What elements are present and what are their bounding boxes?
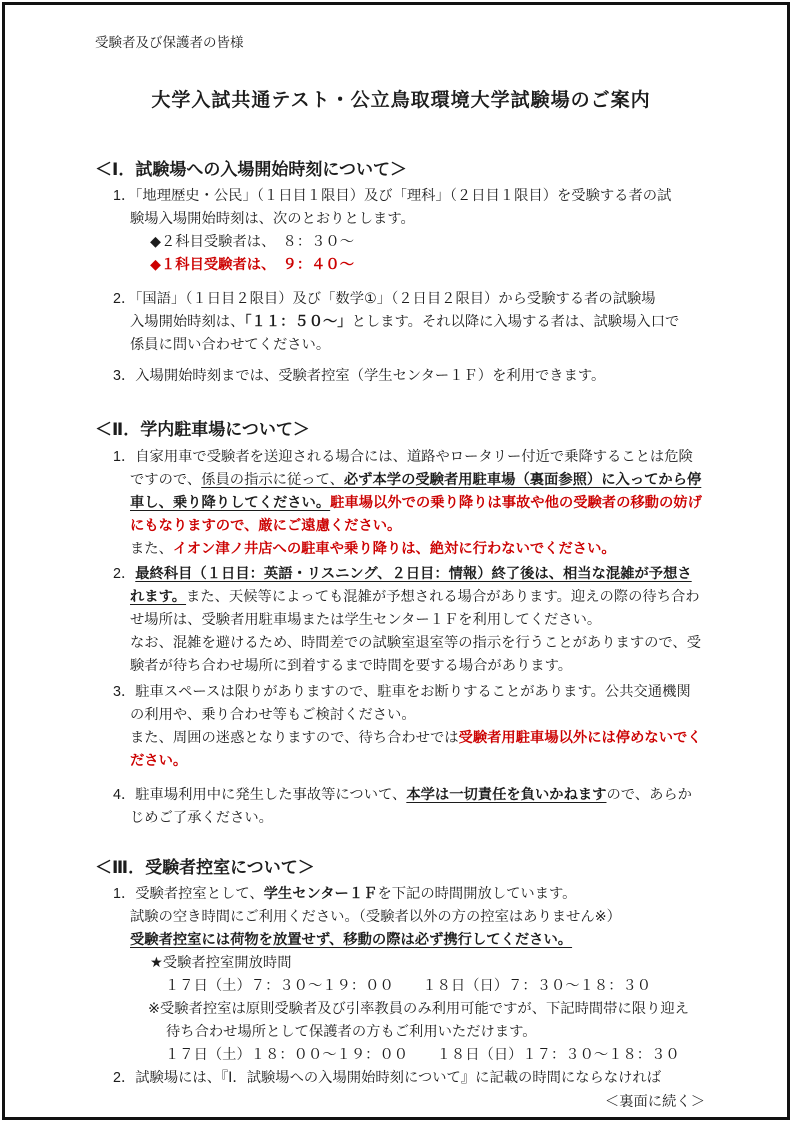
text-segment: 2．「国語」（１日目２限目）及び「数学①」（２日目２限目）から受験する者の試験場 (113, 291, 656, 307)
text-segment: 2．試験場には、『Ⅰ．試験場への入場開始時刻について』に記載の時間にならなければ (113, 1070, 661, 1086)
text-segment: 験者が待ち合わせ場所に到着するまで時間を要する場合があります。 (130, 658, 572, 674)
text-segment: を下記の時間開放しています。 (377, 886, 576, 902)
text-segment: せ場所は、受験者用駐車場または学生センター１Ｆを利用してください。 (130, 612, 601, 628)
doc-line: 1．自家用車で受験者を送迎される場合には、道路やロータリー付近で乗降することは危… (95, 446, 707, 469)
list-item: 4．駐車場利用中に発生した事故等について、本学は一切責任を負いかねますので、あら… (95, 784, 707, 830)
text-segment: 必ず本学の受験者用駐車場（裏面参照）に入ってから停 (344, 472, 701, 488)
doc-line: 1．「地理歴史・公民」（１日目１限目）及び「理科」（２日目１限目）を受験する者の… (95, 185, 707, 208)
doc-line: 2．「国語」（１日目２限目）及び「数学①」（２日目２限目）から受験する者の試験場 (95, 288, 707, 311)
text-segment: 1．自家用車で受験者を送迎される場合には、道路やロータリー付近で乗降することは危… (113, 449, 693, 465)
text-segment: 4．駐車場利用中に発生した事故等について、 (113, 787, 406, 803)
list-item: 1．自家用車で受験者を送迎される場合には、道路やロータリー付近で乗降することは危… (95, 446, 707, 561)
text-segment: 「１１：５０～」 (244, 314, 351, 330)
text-segment: ◆１科目受験者は、 ９：４０～ (150, 257, 354, 273)
text-segment: また、周囲の迷惑となりますので、待ち合わせでは (130, 730, 459, 746)
doc-line: １７日（土）７：３０～１９：００ １８日（日）７：３０～１８：３０ (95, 975, 707, 998)
doc-line: ですので、係員の指示に従って、必ず本学の受験者用駐車場（裏面参照）に入ってから停 (95, 469, 707, 492)
text-segment: 学生センター１Ｆ (264, 886, 378, 902)
doc-line: 2．試験場には、『Ⅰ．試験場への入場開始時刻について』に記載の時間にならなければ (95, 1067, 707, 1090)
doc-line: せ場所は、受験者用駐車場または学生センター１Ｆを利用してください。 (95, 609, 707, 632)
text-segment: 係員の指示に従って、 (201, 472, 344, 488)
doc-line: 係員に問い合わせてください。 (95, 334, 707, 357)
doc-line: ださい。 (95, 750, 707, 773)
text-segment: ◆２科目受験者は、 ８：３０～ (150, 234, 354, 250)
doc-line: ※受験者控室は原則受験者及び引率教員のみ利用可能ですが、下記時間帯に限り迎え (95, 998, 707, 1021)
text-segment: ※受験者控室は原則受験者及び引率教員のみ利用可能ですが、下記時間帯に限り迎え (148, 1001, 689, 1017)
document-page: 受験者及び保護者の皆様 大学入試共通テスト・公立鳥取環境大学試験場のご案内 ＜Ⅰ… (0, 0, 795, 1125)
footer-note: ＜裏面に続く＞ (95, 1091, 707, 1114)
text-segment: 1．「地理歴史・公民」（１日目１限目）及び「理科」（２日目１限目）を受験する者の… (113, 188, 671, 204)
doc-line: ◆１科目受験者は、 ９：４０～ (95, 254, 707, 277)
text-segment: れます。 (130, 589, 186, 605)
list-item: 3．駐車スペースは限りがありますので、駐車をお断りすることがあります。公共交通機… (95, 681, 707, 773)
doc-line: にもなりますので、厳にご遠慮ください。 (95, 515, 707, 538)
text-segment: また、天候等によっても混雑が予想される場合があります。迎えの際の待ち合わ (186, 589, 700, 605)
text-segment: また、 (130, 541, 173, 557)
page-content: 受験者及び保護者の皆様 大学入試共通テスト・公立鳥取環境大学試験場のご案内 ＜Ⅰ… (95, 0, 707, 1114)
text-segment: にもなりますので、厳にご遠慮ください。 (130, 518, 401, 534)
section-I: ＜Ⅰ．試験場への入場開始時刻について＞1．「地理歴史・公民」（１日目１限目）及び… (95, 158, 707, 388)
section-III: ＜Ⅲ．受験者控室について＞1．受験者控室として、学生センター１Ｆを下記の時間開放… (95, 856, 707, 1090)
text-segment: 受験者用駐車場以外には停めないでく (459, 730, 702, 746)
doc-line: ◆２科目受験者は、 ８：３０～ (95, 231, 707, 254)
doc-line: また、イオン津ノ井店への駐車や乗り降りは、絶対に行わないでください。 (95, 538, 707, 561)
text-segment: イオン津ノ井店への駐車や乗り降りは、絶対に行わないでください。 (173, 541, 616, 557)
doc-line: また、周囲の迷惑となりますので、待ち合わせでは受験者用駐車場以外には停めないでく (95, 727, 707, 750)
doc-line: れます。また、天候等によっても混雑が予想される場合があります。迎えの際の待ち合わ (95, 586, 707, 609)
list-item: 2．最終科目（１日目：英語・リスニング、２日目：情報）終了後は、相当な混雑が予想… (95, 563, 707, 678)
doc-line: の利用や、乗り合わせ等もご検討ください。 (95, 704, 707, 727)
salutation: 受験者及び保護者の皆様 (95, 34, 707, 52)
text-segment: 入場開始時刻は、 (130, 314, 244, 330)
doc-line: 受験者控室には荷物を放置せず、移動の際は必ず携行してください。 (95, 929, 707, 952)
list-item: 1．受験者控室として、学生センター１Ｆを下記の時間開放しています。試験の空き時間… (95, 883, 707, 1067)
text-segment: １７日（土）１８：００～１９：００ １８日（日）１７：３０～１８：３０ (165, 1047, 680, 1063)
section-heading-III: ＜Ⅲ．受験者控室について＞ (95, 856, 707, 880)
text-segment: 車し、乗り降りしてください。 (130, 495, 330, 511)
list-item: 1．「地理歴史・公民」（１日目１限目）及び「理科」（２日目１限目）を受験する者の… (95, 185, 707, 277)
text-segment: 本学は一切責任を負いかねます (406, 787, 606, 803)
list-item: 3．入場開始時刻までは、受験者控室（学生センター１Ｆ）を利用できます。 (95, 365, 707, 388)
doc-line: 入場開始時刻は、「１１：５０～」とします。それ以降に入場する者は、試験場入口で (95, 311, 707, 334)
text-segment: ですので、 (130, 472, 201, 488)
text-segment: 2． (113, 566, 135, 582)
text-segment: 1．受験者控室として、 (113, 886, 264, 902)
doc-line: 2．最終科目（１日目：英語・リスニング、２日目：情報）終了後は、相当な混雑が予想… (95, 563, 707, 586)
text-segment: 3．駐車スペースは限りがありますので、駐車をお断りすることがあります。公共交通機… (113, 684, 691, 700)
text-segment: ださい。 (130, 753, 187, 769)
text-segment: ので、あらか (606, 787, 692, 803)
text-segment: の利用や、乗り合わせ等もご検討ください。 (130, 707, 416, 723)
doc-line: 車し、乗り降りしてください。駐車場以外での乗り降りは事故や他の受験者の移動の妨げ (95, 492, 707, 515)
text-segment: とします。それ以降に入場する者は、試験場入口で (352, 314, 680, 330)
doc-line: 験者が待ち合わせ場所に到着するまで時間を要する場合があります。 (95, 655, 707, 678)
doc-line: 1．受験者控室として、学生センター１Ｆを下記の時間開放しています。 (95, 883, 707, 906)
text-segment: 待ち合わせ場所として保護者の方もご利用いただけます。 (166, 1024, 537, 1040)
text-segment: 受験者控室には荷物を放置せず、移動の際は必ず携行してください。 (130, 932, 572, 948)
text-segment: 試験の空き時間にご利用ください。（受験者以外の方の控室はありません※） (130, 909, 621, 925)
doc-line: 3．入場開始時刻までは、受験者控室（学生センター１Ｆ）を利用できます。 (95, 365, 707, 388)
doc-line: 待ち合わせ場所として保護者の方もご利用いただけます。 (95, 1021, 707, 1044)
page-title: 大学入試共通テスト・公立鳥取環境大学試験場のご案内 (95, 88, 707, 114)
doc-line: 試験の空き時間にご利用ください。（受験者以外の方の控室はありません※） (95, 906, 707, 929)
doc-line: 3．駐車スペースは限りがありますので、駐車をお断りすることがあります。公共交通機… (95, 681, 707, 704)
text-segment: 3．入場開始時刻までは、受験者控室（学生センター１Ｆ）を利用できます。 (113, 368, 605, 384)
text-segment: なお、混雑を避けるため、時間差での試験室退室等の指示を行うことがありますので、受 (130, 635, 701, 651)
section-heading-I: ＜Ⅰ．試験場への入場開始時刻について＞ (95, 158, 707, 182)
text-segment: 駐車場以外での乗り降りは事故や他の受験者の移動の妨げ (330, 495, 702, 511)
doc-line: 験場入場開始時刻は、次のとおりとします。 (95, 208, 707, 231)
doc-line: なお、混雑を避けるため、時間差での試験室退室等の指示を行うことがありますので、受 (95, 632, 707, 655)
doc-sections: ＜Ⅰ．試験場への入場開始時刻について＞1．「地理歴史・公民」（１日目１限目）及び… (95, 158, 707, 1090)
text-segment: 験場入場開始時刻は、次のとおりとします。 (130, 211, 415, 227)
text-segment: 係員に問い合わせてください。 (130, 337, 330, 353)
text-segment: １７日（土）７：３０～１９：００ １８日（日）７：３０～１８：３０ (165, 978, 651, 994)
list-item: 2．試験場には、『Ⅰ．試験場への入場開始時刻について』に記載の時間にならなければ (95, 1067, 707, 1090)
section-heading-II: ＜Ⅱ．学内駐車場について＞ (95, 418, 707, 442)
doc-line: 4．駐車場利用中に発生した事故等について、本学は一切責任を負いかねますので、あら… (95, 784, 707, 807)
doc-line: じめご了承ください。 (95, 807, 707, 830)
text-segment: ★受験者控室開放時間 (150, 955, 292, 971)
text-segment: じめご了承ください。 (130, 810, 273, 826)
doc-line: １７日（土）１８：００～１９：００ １８日（日）１７：３０～１８：３０ (95, 1044, 707, 1067)
list-item: 2．「国語」（１日目２限目）及び「数学①」（２日目２限目）から受験する者の試験場… (95, 288, 707, 357)
section-II: ＜Ⅱ．学内駐車場について＞1．自家用車で受験者を送迎される場合には、道路やロータ… (95, 418, 707, 830)
text-segment: 最終科目（１日目：英語・リスニング、２日目：情報）終了後は、相当な混雑が予想さ (135, 566, 691, 582)
doc-line: ★受験者控室開放時間 (95, 952, 707, 975)
